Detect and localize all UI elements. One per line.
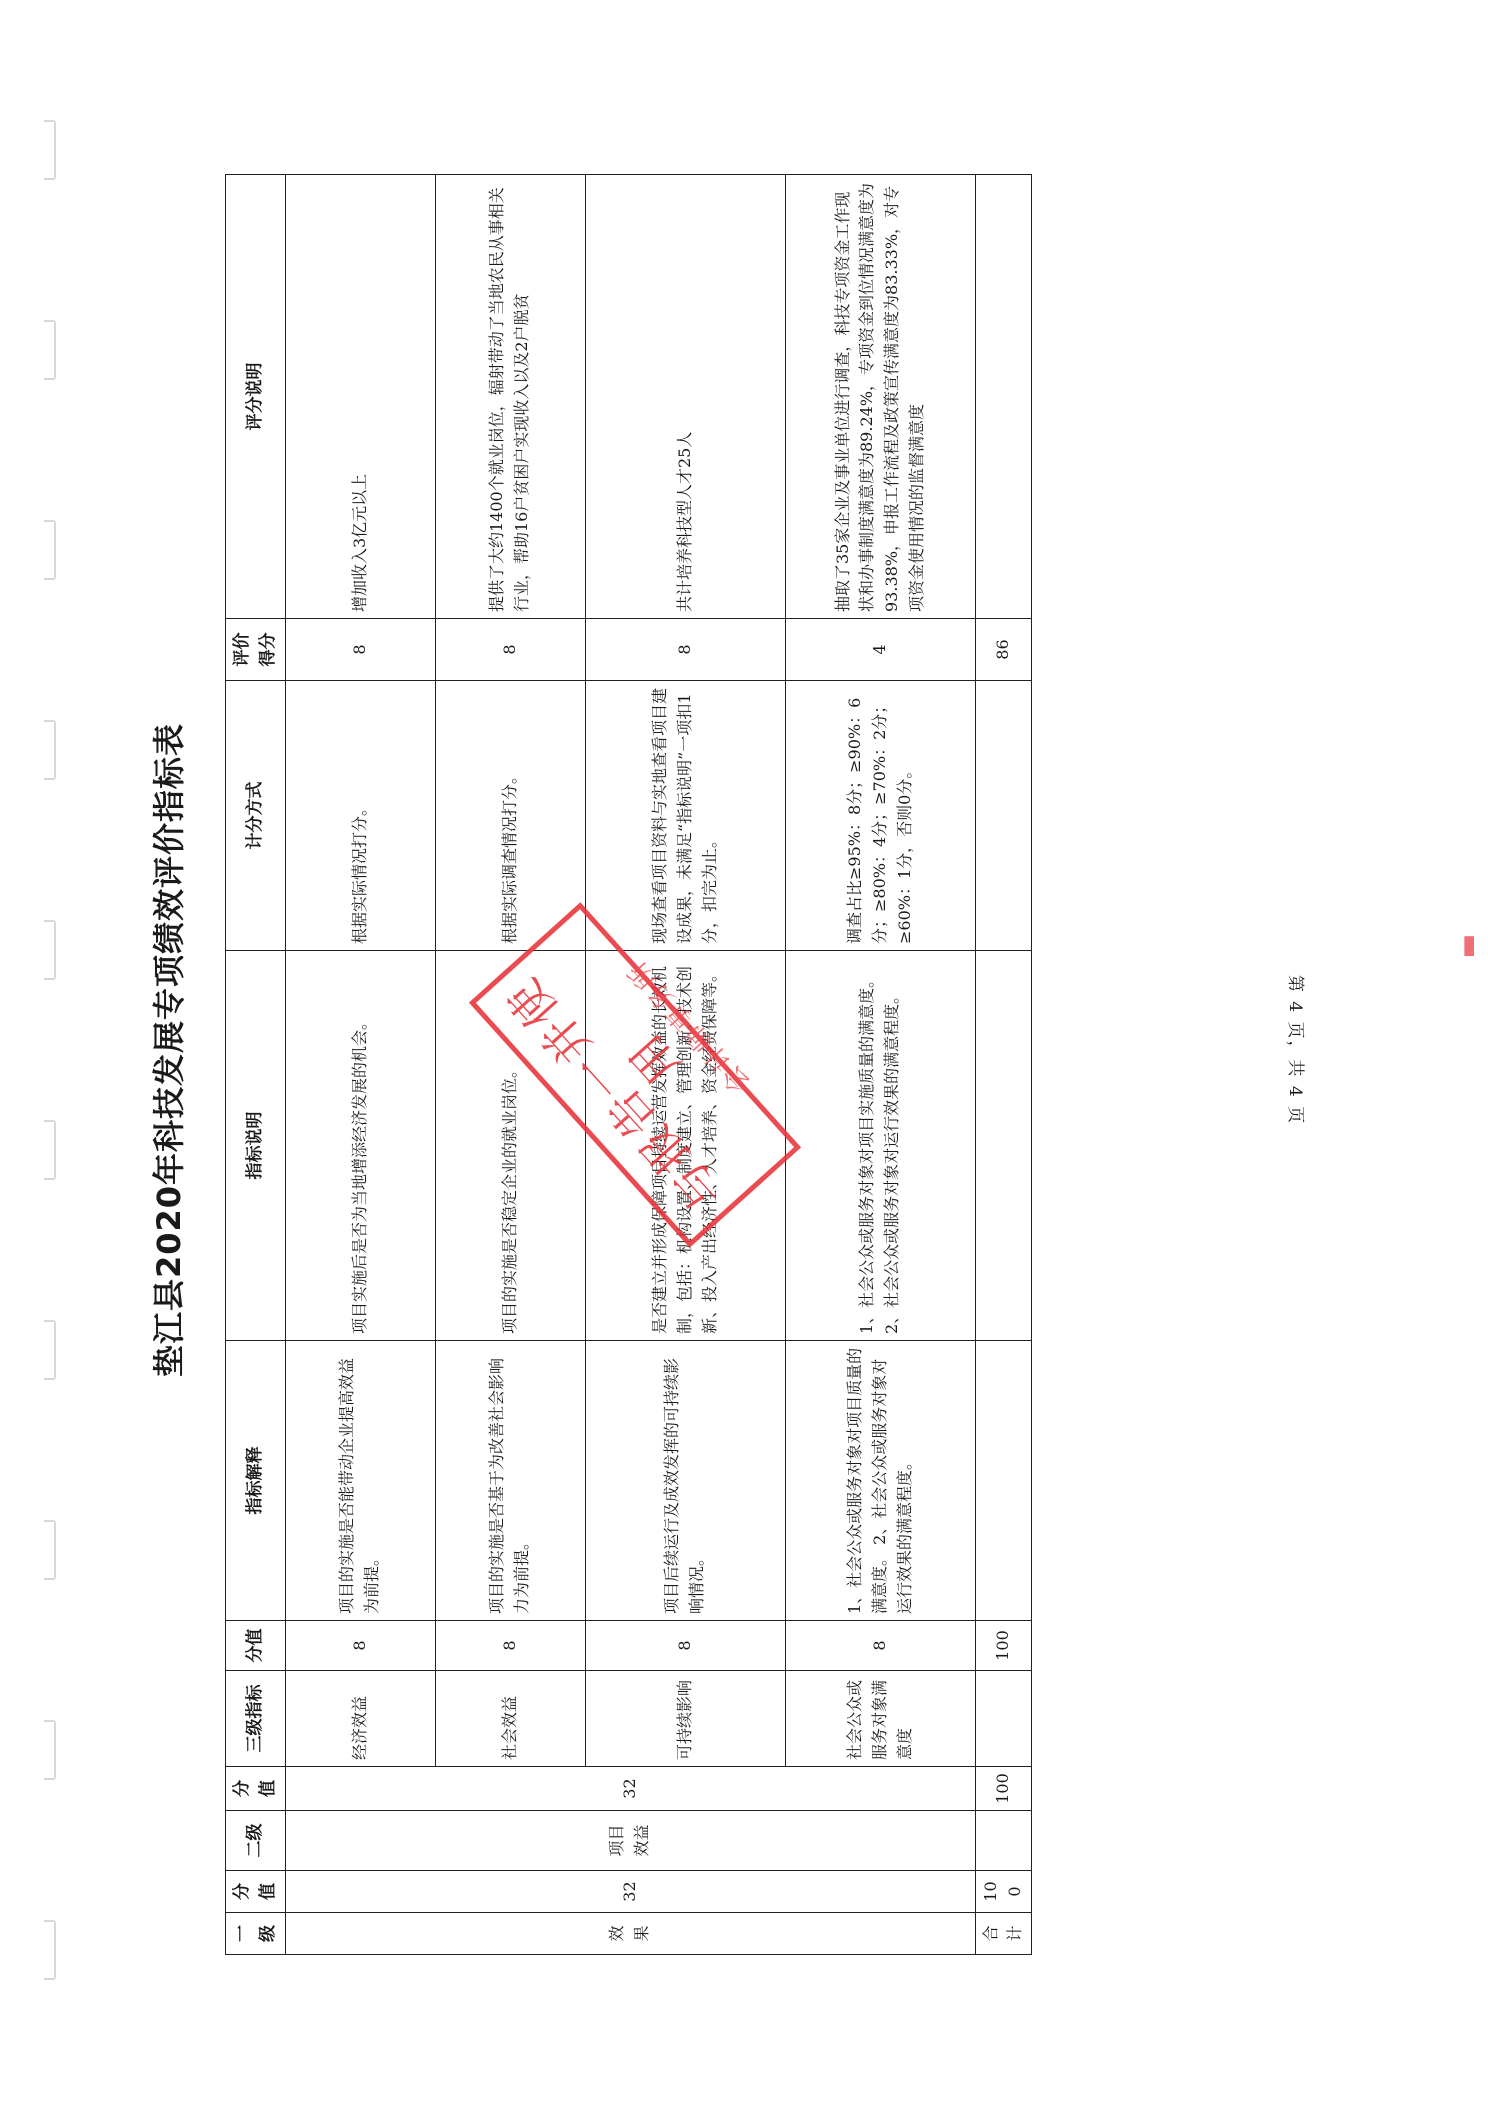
header-level3-score: 分值 [226,1621,286,1671]
binding-hole [44,920,56,980]
header-row: 一级 分值 二级 分值 三级指标 分值 指标解释 指标说明 计分方式 评价得分 … [226,175,286,1955]
binding-hole [44,120,56,180]
level3-cell: 经济效益 [285,1671,435,1767]
header-level1: 一级 [226,1913,286,1955]
binding-hole [44,520,56,580]
level3-cell: 社会效益 [435,1671,585,1767]
evaluation-score-cell: 8 [585,619,785,681]
header-explanation: 指标解释 [226,1341,286,1621]
level1-cell: 效果 [285,1913,975,1955]
level2-cell: 项目效益 [285,1811,975,1871]
empty-cell [975,1811,1032,1871]
binding-hole [44,320,56,380]
header-description: 指标说明 [226,951,286,1341]
binding-hole [44,1120,56,1180]
binding-hole [44,720,56,780]
header-level2: 二级 [226,1811,286,1871]
empty-cell [975,1341,1032,1621]
evaluation-score-cell: 8 [285,619,435,681]
score-cell: 8 [585,1621,785,1671]
header-level1-score: 分值 [226,1871,286,1913]
stamp-edge-fragment: ▮ [1462,930,1488,1000]
binding-hole [44,1720,56,1780]
total-row: 合计 100 100 100 86 [975,175,1032,1955]
empty-cell [975,681,1032,951]
scoring-notes-cell: 增加收入3亿元以上 [285,175,435,619]
binding-hole [44,1520,56,1580]
scoring-notes-cell: 抽取了35家企业及事业单位进行调查，科技专项资金工作现状和办事制度满意度为89.… [785,175,975,619]
scoring-method-cell: 根据实际调查情况打分。 [435,681,585,951]
header-evaluation-score: 评价得分 [226,619,286,681]
score-cell: 8 [285,1621,435,1671]
evaluation-score-cell: 4 [785,619,975,681]
scoring-notes-cell: 提供了大约1400个就业岗位，辐射带动了当地农民从事相关行业，帮助16户贫困户实… [435,175,585,619]
scoring-notes-cell: 共计培养科技型人才25人 [585,175,785,619]
explanation-cell: 1、社会公众或服务对象对项目质量的满意度。 2、社会公众或服务对象对运行效果的满… [785,1341,975,1621]
description-cell: 1、社会公众或服务对象对项目实施质量的满意度。2、社会公众或服务对象对运行效果的… [785,951,975,1341]
level3-cell: 社会公众或服务对象满意度 [785,1671,975,1767]
score-cell: 8 [785,1621,975,1671]
header-scoring-method: 计分方式 [226,681,286,951]
table-row: 效果 32 项目效益 32 经济效益 8 项目的实施是否能带动企业提高效益为前提… [285,175,435,1955]
evaluation-score-cell: 8 [435,619,585,681]
total-evaluation-score: 86 [975,619,1032,681]
rotated-page: 第 4 页，共 4 页 一级 分值 二级 分值 三级指标 分值 指标解释 指标说… [70,90,1310,2010]
explanation-cell: 项目后续运行及成效发挥的可持续影响情况。 [585,1341,785,1621]
level3-cell: 可持续影响 [585,1671,785,1767]
page-footer: 第 4 页，共 4 页 [1285,90,1310,2010]
level1-score-cell: 32 [285,1871,975,1913]
page-title: 垫江县2020年科技发展专项绩效评价指标表 [144,90,190,2010]
empty-cell [975,175,1032,619]
description-cell: 项目实施后是否为当地增添经济发展的机会。 [285,951,435,1341]
header-scoring-notes: 评分说明 [226,175,286,619]
explanation-cell: 项目的实施是否能带动企业提高效益为前提。 [285,1341,435,1621]
header-level2-score: 分值 [226,1767,286,1811]
total-label: 合计 [975,1913,1032,1955]
score-cell: 8 [435,1621,585,1671]
total-level2-score: 100 [975,1767,1032,1811]
empty-cell [975,951,1032,1341]
total-level3-score: 100 [975,1621,1032,1671]
level2-score-cell: 32 [285,1767,975,1811]
explanation-cell: 项目的实施是否基于为改善社会影响力为前提。 [435,1341,585,1621]
scoring-method-cell: 现场查看项目资料与实地查看项目建设成果，未满足“指标说明”一项扣1分，扣完为止。 [585,681,785,951]
binding-hole [44,1920,56,1980]
binding-hole [44,1320,56,1380]
total-level1-score: 100 [975,1871,1032,1913]
scoring-method-cell: 根据实际情况打分。 [285,681,435,951]
scoring-method-cell: 调查占比≥95%：8分；≥90%：6分；≥80%：4分；≥70%：2分；≥60%… [785,681,975,951]
empty-cell [975,1671,1032,1767]
header-level3: 三级指标 [226,1671,286,1767]
table-row: 社会公众或服务对象满意度 8 1、社会公众或服务对象对项目质量的满意度。 2、社… [785,175,975,1955]
